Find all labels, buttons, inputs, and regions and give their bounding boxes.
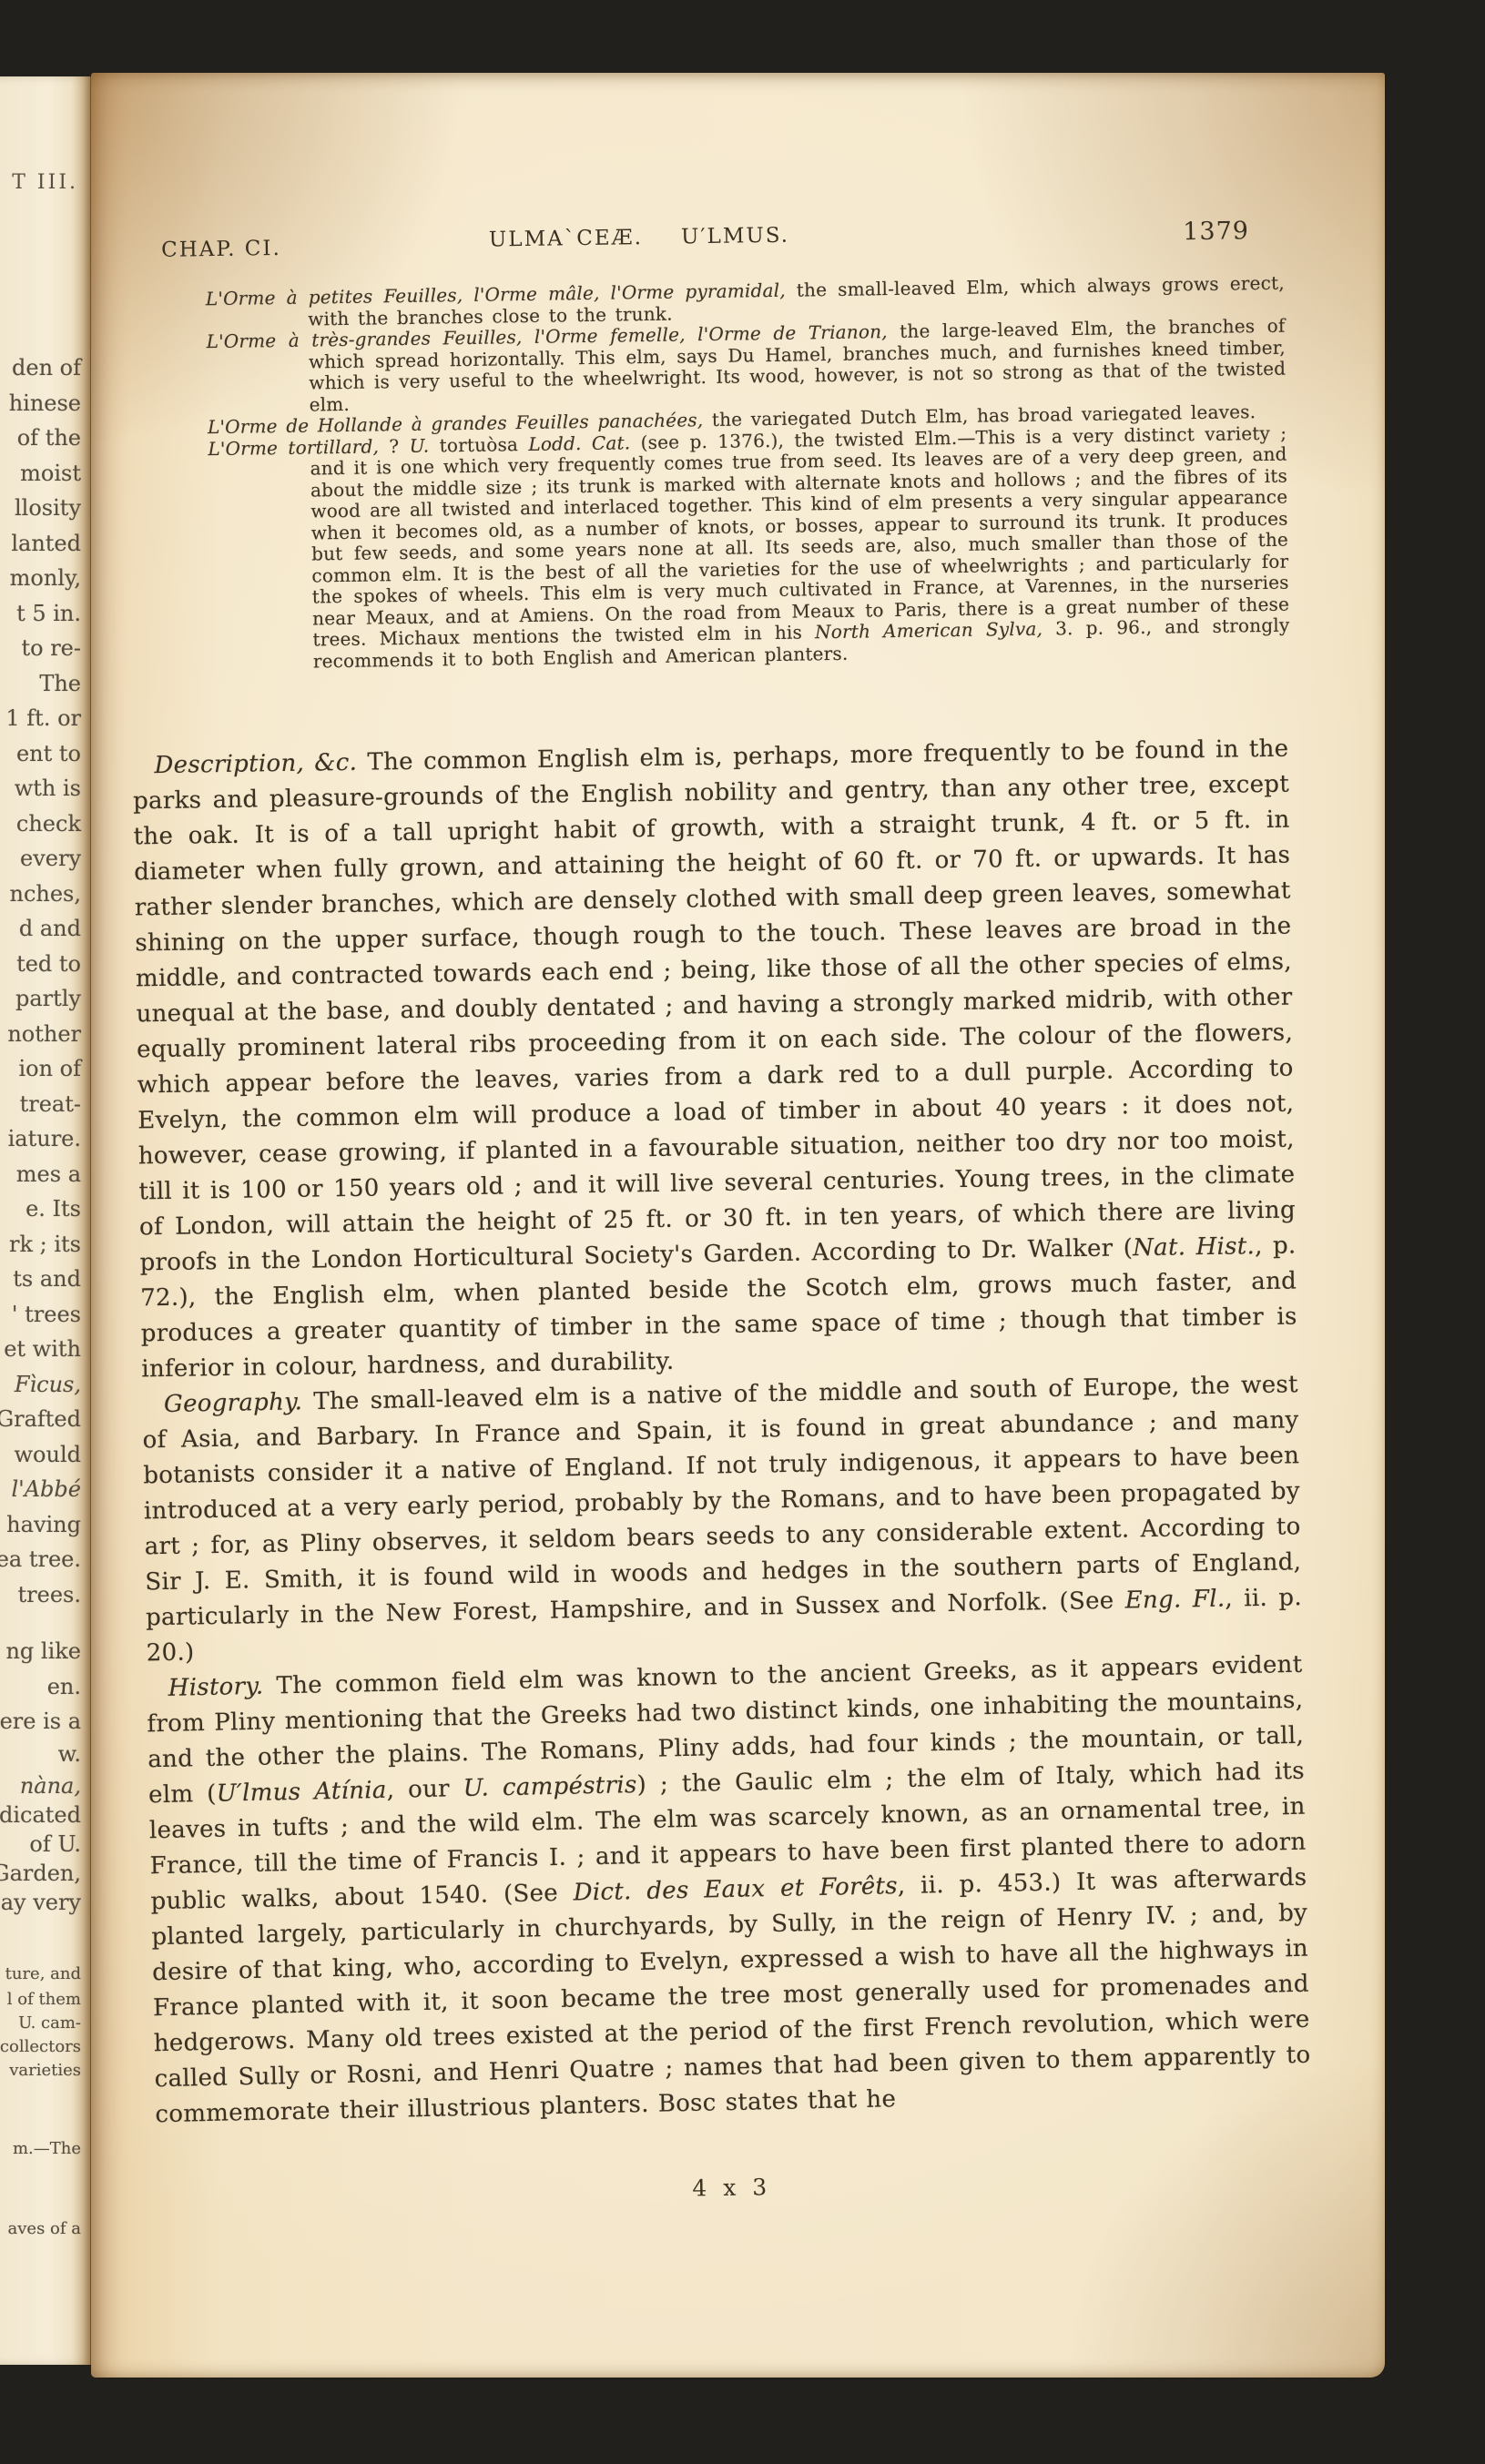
left-page-fragment: U. cam- xyxy=(18,2013,81,2033)
left-page-fragment: nother xyxy=(7,1021,81,1047)
left-page-fragment: monly, xyxy=(10,565,81,591)
left-page-fragment: ng like xyxy=(5,1638,81,1664)
family-name: ULMA`CEÆ. xyxy=(489,226,643,252)
left-page-fragment: ere is a xyxy=(0,1709,81,1734)
left-page-fragment: having xyxy=(6,1512,81,1537)
left-page-fragment: en. xyxy=(47,1674,81,1699)
left-page-fragment: ted to xyxy=(16,951,81,977)
left-page-fragment: Grafted xyxy=(0,1406,81,1432)
left-page-fragment: ea tree. xyxy=(0,1546,81,1572)
paragraph-description: Description, &c. The common English elm … xyxy=(132,732,1297,1388)
left-page-fragment: lanted xyxy=(11,531,81,556)
left-page-fragment: nàna, xyxy=(20,1773,81,1799)
left-page-fragment: hinese xyxy=(9,390,81,416)
left-page-fragment: ture, and xyxy=(5,1964,81,1983)
left-page-fragment: moist xyxy=(20,461,81,486)
left-page-fragment: l'Abbé xyxy=(11,1476,81,1502)
left-page-fragment: partly xyxy=(15,986,81,1011)
left-page-fragment: aves of a xyxy=(8,2219,81,2238)
left-page-fragment: nches, xyxy=(9,881,81,907)
left-page-fragment: et with xyxy=(4,1336,81,1362)
running-title: ULMA`CEÆ. U′LMUS. xyxy=(489,224,789,252)
facing-page-header: T III. xyxy=(12,171,78,194)
page-content: CHAP. CI. ULMA`CEÆ. U′LMUS. 1379 L'Orme … xyxy=(72,55,1399,2378)
left-page-fragment: The xyxy=(39,671,81,696)
page-number: 1379 xyxy=(1183,217,1249,246)
left-page-fragment: collectors xyxy=(0,2037,81,2056)
small-print-section: L'Orme à petites Feuilles, l'Orme mâle, … xyxy=(206,273,1290,674)
left-page-fragment: wth is xyxy=(15,776,81,801)
left-page-fragment: w. xyxy=(58,1741,81,1767)
left-page-fragment: varieties xyxy=(9,2061,81,2080)
page-header: CHAP. CI. ULMA`CEÆ. U′LMUS. 1379 xyxy=(125,217,1282,272)
left-page-fragment: mes a xyxy=(16,1161,81,1187)
left-page-fragment: Garden, xyxy=(0,1861,81,1886)
left-page-fragment: m.—The xyxy=(13,2139,81,2158)
left-page-fragment: ion of xyxy=(18,1056,81,1081)
left-page-fragment: check xyxy=(16,811,81,837)
left-page-fragment: iature. xyxy=(8,1126,81,1151)
left-page-fragment: den of xyxy=(12,355,81,380)
book-page: CHAP. CI. ULMA`CEÆ. U′LMUS. 1379 L'Orme … xyxy=(91,73,1385,2378)
main-text-section: Description, &c. The common English elm … xyxy=(132,732,1308,2134)
left-page-fragment: Fìcus, xyxy=(15,1372,81,1397)
left-page-fragment: would xyxy=(15,1442,82,1467)
left-page-fragment: of the xyxy=(17,425,81,451)
left-page-fragment: e. Its xyxy=(25,1196,81,1222)
left-page-fragment: treat- xyxy=(20,1091,81,1117)
signature-mark: 4 x 3 xyxy=(154,2165,1310,2209)
left-page-fragment: l of them xyxy=(7,1990,81,2009)
scanned-book-photo: T III. den ofhineseof themoistllositylan… xyxy=(0,0,1485,2464)
left-page-fragment: trees. xyxy=(18,1582,81,1607)
left-page-fragment: to re- xyxy=(21,635,81,661)
chapter-label: CHAP. CI. xyxy=(161,237,281,262)
left-page-fragment: ent to xyxy=(16,741,81,766)
left-page-fragment: ay very xyxy=(1,1890,81,1915)
left-page-fragment: dicated xyxy=(0,1802,81,1828)
paragraph-history: History. The common field elm was known … xyxy=(146,1648,1311,2133)
left-page-fragment: of U. xyxy=(29,1831,81,1857)
left-page-fragment: ' trees xyxy=(12,1302,81,1327)
left-page-fragment: t 5 in. xyxy=(16,601,81,626)
left-page-fragment: ts and xyxy=(13,1266,81,1292)
genus-name: U′LMUS. xyxy=(681,224,789,249)
left-page-fragment: llosity xyxy=(15,495,81,521)
left-page-fragment: rk ; its xyxy=(9,1232,81,1257)
left-page-fragment: every xyxy=(20,846,81,871)
left-page-fragment: 1 ft. or xyxy=(5,705,81,731)
left-page-fragment: d and xyxy=(19,916,81,941)
paragraph-geography: Geography. The small-leaved elm is a nat… xyxy=(142,1367,1303,1671)
small-print-entry: L'Orme tortillard, ? U. tortuòsa Lodd. C… xyxy=(208,422,1290,674)
